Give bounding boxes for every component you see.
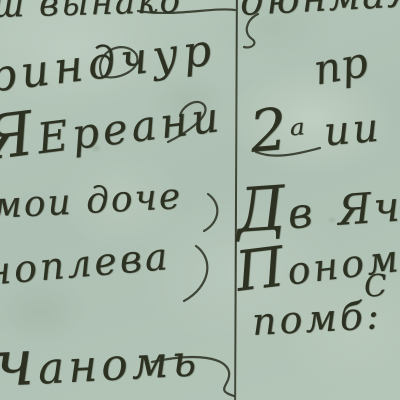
handwriting-line: ш вынако (0, 0, 182, 26)
handwriting-line: 2ᵃ ии (247, 87, 384, 166)
handwriting-line: мои доче (0, 176, 183, 227)
handwriting-line: чаномь (0, 317, 201, 400)
nopleva-tail-flourish (184, 246, 207, 301)
handwriting-line: помб: (251, 293, 383, 344)
handwriting-line: ноплева (0, 234, 172, 294)
manuscript-page: ш вынако риндчур ЯЕреани мои доче ноплев… (0, 0, 400, 400)
handwriting-line: пр (310, 37, 372, 95)
handwriting-line: дюнмая (239, 0, 400, 24)
doche-tail-flourish (204, 194, 217, 231)
